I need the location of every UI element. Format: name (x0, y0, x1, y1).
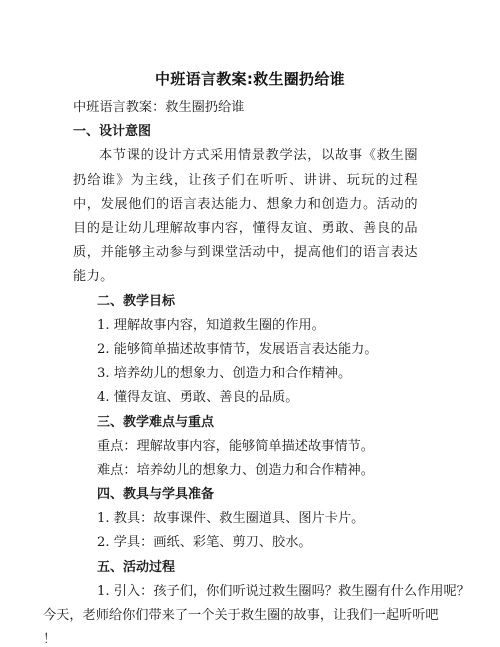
document-title: 中班语言教案:救生圈扔给谁 (0, 68, 500, 89)
goal-item-1: 1. 理解故事内容，知道救生圈的作用。 (73, 314, 418, 338)
material-item-1: 1. 教具：故事课件、救生圈道具、图片卡片。 (73, 507, 418, 531)
process-paragraph-line-2: 今天，老师给你们带来了一个关于救生圈的故事，让我们一起听听吧 (43, 604, 418, 628)
section-heading-design-intent: 一、设计意图 (73, 120, 418, 144)
document-body: 中班语言教案：救生圈扔给谁 一、设计意图 本节课的设计方式采用情景教学法，以故事… (73, 96, 418, 647)
section-heading-process: 五、活动过程 (73, 556, 418, 580)
goal-item-2: 2. 能够简单描述故事情节，发展语言表达能力。 (73, 338, 418, 362)
section-heading-goals: 二、教学目标 (73, 290, 418, 314)
key-point-focus: 重点：理解故事内容，能够简单描述故事情节。 (73, 435, 418, 459)
design-intent-paragraph: 本节课的设计方式采用情景教学法，以故事《救生圈扔给谁》为主线，让孩子们在听听、讲… (73, 144, 418, 289)
goal-item-3: 3. 培养幼儿的想象力、创造力和合作精神。 (73, 362, 418, 386)
section-heading-materials: 四、教具与学具准备 (73, 483, 418, 507)
document-subtitle: 中班语言教案：救生圈扔给谁 (73, 96, 418, 120)
section-heading-key-points: 三、教学难点与重点 (73, 411, 418, 435)
document-page: 中班语言教案:救生圈扔给谁 中班语言教案：救生圈扔给谁 一、设计意图 本节课的设… (0, 0, 500, 647)
process-paragraph-line-1: 1. 引入：孩子们，你们听说过救生圈吗？救生圈有什么作用呢？ (73, 580, 418, 604)
material-item-2: 2. 学具：画纸、彩笔、剪刀、胶水。 (73, 531, 418, 555)
process-paragraph-line-3: ！ (43, 628, 418, 647)
goal-item-4: 4. 懂得友谊、勇敢、善良的品质。 (73, 386, 418, 410)
key-point-difficulty: 难点：培养幼儿的想象力、创造力和合作精神。 (73, 459, 418, 483)
